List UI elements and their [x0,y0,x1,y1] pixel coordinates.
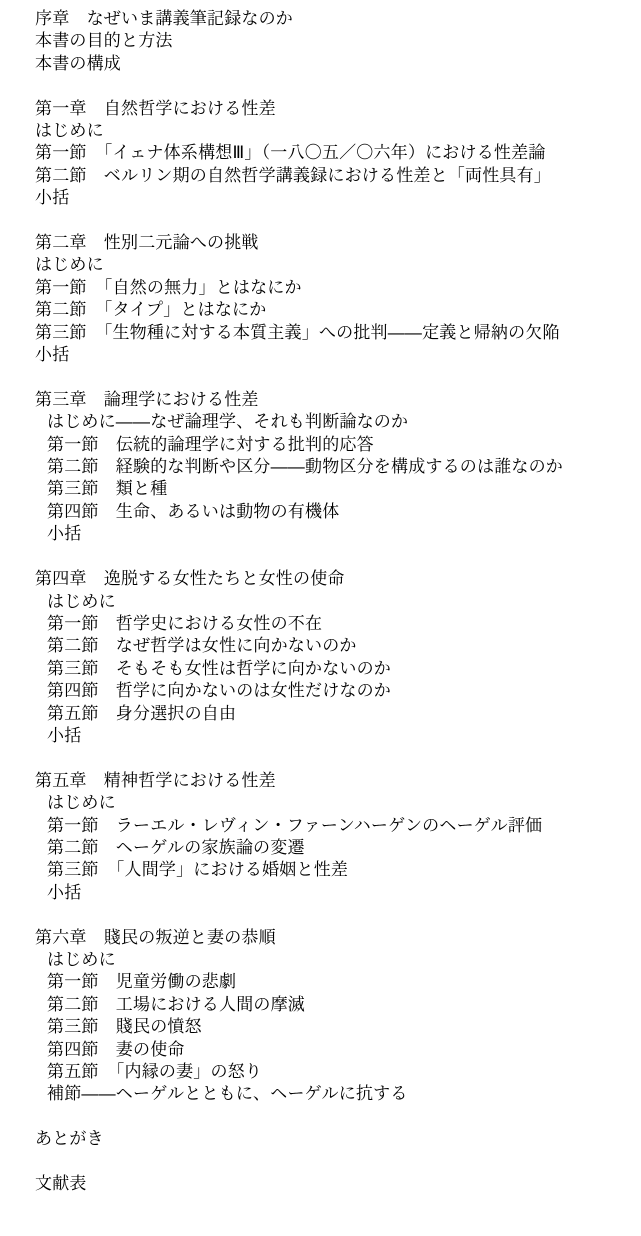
chapter-heading-line: 第六章 賤民の叛逆と妻の恭順 [35,927,641,949]
chapter-heading-line: 第二章 性別二元論への挑戦 [35,232,641,254]
toc-entry-line: 小括 [35,882,641,904]
toc-block-chapter-4: 第四章 逸脱する女性たちと女性の使命はじめに第一節 哲学史における女性の不在第二… [35,568,641,747]
toc-entry-line: はじめに [35,949,641,971]
toc-entry-line: 第二節 「タイプ」とはなにか [35,299,641,321]
toc-entry-line: 第一節 哲学史における女性の不在 [35,613,641,635]
toc-block-chapter-5: 第五章 精神哲学における性差はじめに第一節 ラーエル・レヴィン・ファーンハーゲン… [35,770,641,904]
toc-entry-line: 第二節 工場における人間の摩滅 [35,994,641,1016]
toc-entry-line: 補節――ヘーゲルとともに、ヘーゲルに抗する [35,1083,641,1105]
toc-entry-line: はじめに [35,120,641,142]
toc-entry-line: 小括 [35,344,641,366]
toc-block-chapter-2: 第二章 性別二元論への挑戦はじめに第一節 「自然の無力」とはなにか第二節 「タイ… [35,232,641,366]
chapter-heading-line: 第三章 論理学における性差 [35,389,641,411]
toc-entry-line: はじめに――なぜ論理学、それも判断論なのか [35,411,641,433]
toc-entry-line: 第三節 「人間学」における婚姻と性差 [35,859,641,881]
toc-entry-line: 第五節 「内縁の妻」の怒り [35,1061,641,1083]
chapter-heading-line: 第四章 逸脱する女性たちと女性の使命 [35,568,641,590]
document-page: 序章 なぜいま講義筆記録なのか本書の目的と方法本書の構成第一章 自然哲学における… [0,0,641,1236]
toc-block-chapter-1: 第一章 自然哲学における性差はじめに第一節 「イェナ体系構想Ⅲ」（一八〇五／〇六… [35,98,641,210]
toc-entry-line: 第二節 経験的な判断や区分――動物区分を構成するのは誰なのか [35,456,641,478]
toc-entry-line: 第四節 妻の使命 [35,1039,641,1061]
chapter-heading-line: 序章 なぜいま講義筆記録なのか [35,8,641,30]
toc-entry-line: 第三節 類と種 [35,478,641,500]
toc-entry-line: 第四節 生命、あるいは動物の有機体 [35,501,641,523]
toc-entry-line: 小括 [35,725,641,747]
toc-entry-line: 第一節 児童労働の悲劇 [35,971,641,993]
toc-entry-line: 第五節 身分選択の自由 [35,703,641,725]
toc-entry-line: はじめに [35,792,641,814]
toc-entry-line: 第二節 ヘーゲルの家族論の変遷 [35,837,641,859]
toc-entry-line: 第三節 「生物種に対する本質主義」への批判――定義と帰納の欠陥 [35,322,641,344]
toc-entry-line: 小括 [35,187,641,209]
toc-block-chapter-6: 第六章 賤民の叛逆と妻の恭順はじめに第一節 児童労働の悲劇第二節 工場における人… [35,927,641,1106]
table-of-contents: 序章 なぜいま講義筆記録なのか本書の目的と方法本書の構成第一章 自然哲学における… [35,8,641,1195]
toc-entry-line: 第二節 ベルリン期の自然哲学講義録における性差と「両性具有」 [35,165,641,187]
toc-entry-line: 第一節 ラーエル・レヴィン・ファーンハーゲンのヘーゲル評価 [35,815,641,837]
toc-block-afterword: あとがき [35,1128,641,1150]
toc-entry-line: 第一節 「自然の無力」とはなにか [35,277,641,299]
toc-entry-line: 第三節 そもそも女性は哲学に向かないのか [35,658,641,680]
toc-block-bibliography: 文献表 [35,1173,641,1195]
backmatter-line: あとがき [35,1128,641,1150]
toc-entry-line: 小括 [35,523,641,545]
toc-entry-line: はじめに [35,254,641,276]
backmatter-line: 文献表 [35,1173,641,1195]
toc-entry-line: 第四節 哲学に向かないのは女性だけなのか [35,680,641,702]
toc-entry-line: 本書の構成 [35,53,641,75]
chapter-heading-line: 第五章 精神哲学における性差 [35,770,641,792]
toc-entry-line: 第三節 賤民の憤怒 [35,1016,641,1038]
toc-entry-line: 本書の目的と方法 [35,30,641,52]
toc-entry-line: はじめに [35,591,641,613]
toc-entry-line: 第一節 伝統的論理学に対する批判的応答 [35,434,641,456]
toc-entry-line: 第一節 「イェナ体系構想Ⅲ」（一八〇五／〇六年）における性差論 [35,142,641,164]
toc-entry-line: 第二節 なぜ哲学は女性に向かないのか [35,635,641,657]
chapter-heading-line: 第一章 自然哲学における性差 [35,98,641,120]
toc-block-chapter-3: 第三章 論理学における性差はじめに――なぜ論理学、それも判断論なのか第一節 伝統… [35,389,641,546]
toc-block-front-matter: 序章 なぜいま講義筆記録なのか本書の目的と方法本書の構成 [35,8,641,75]
